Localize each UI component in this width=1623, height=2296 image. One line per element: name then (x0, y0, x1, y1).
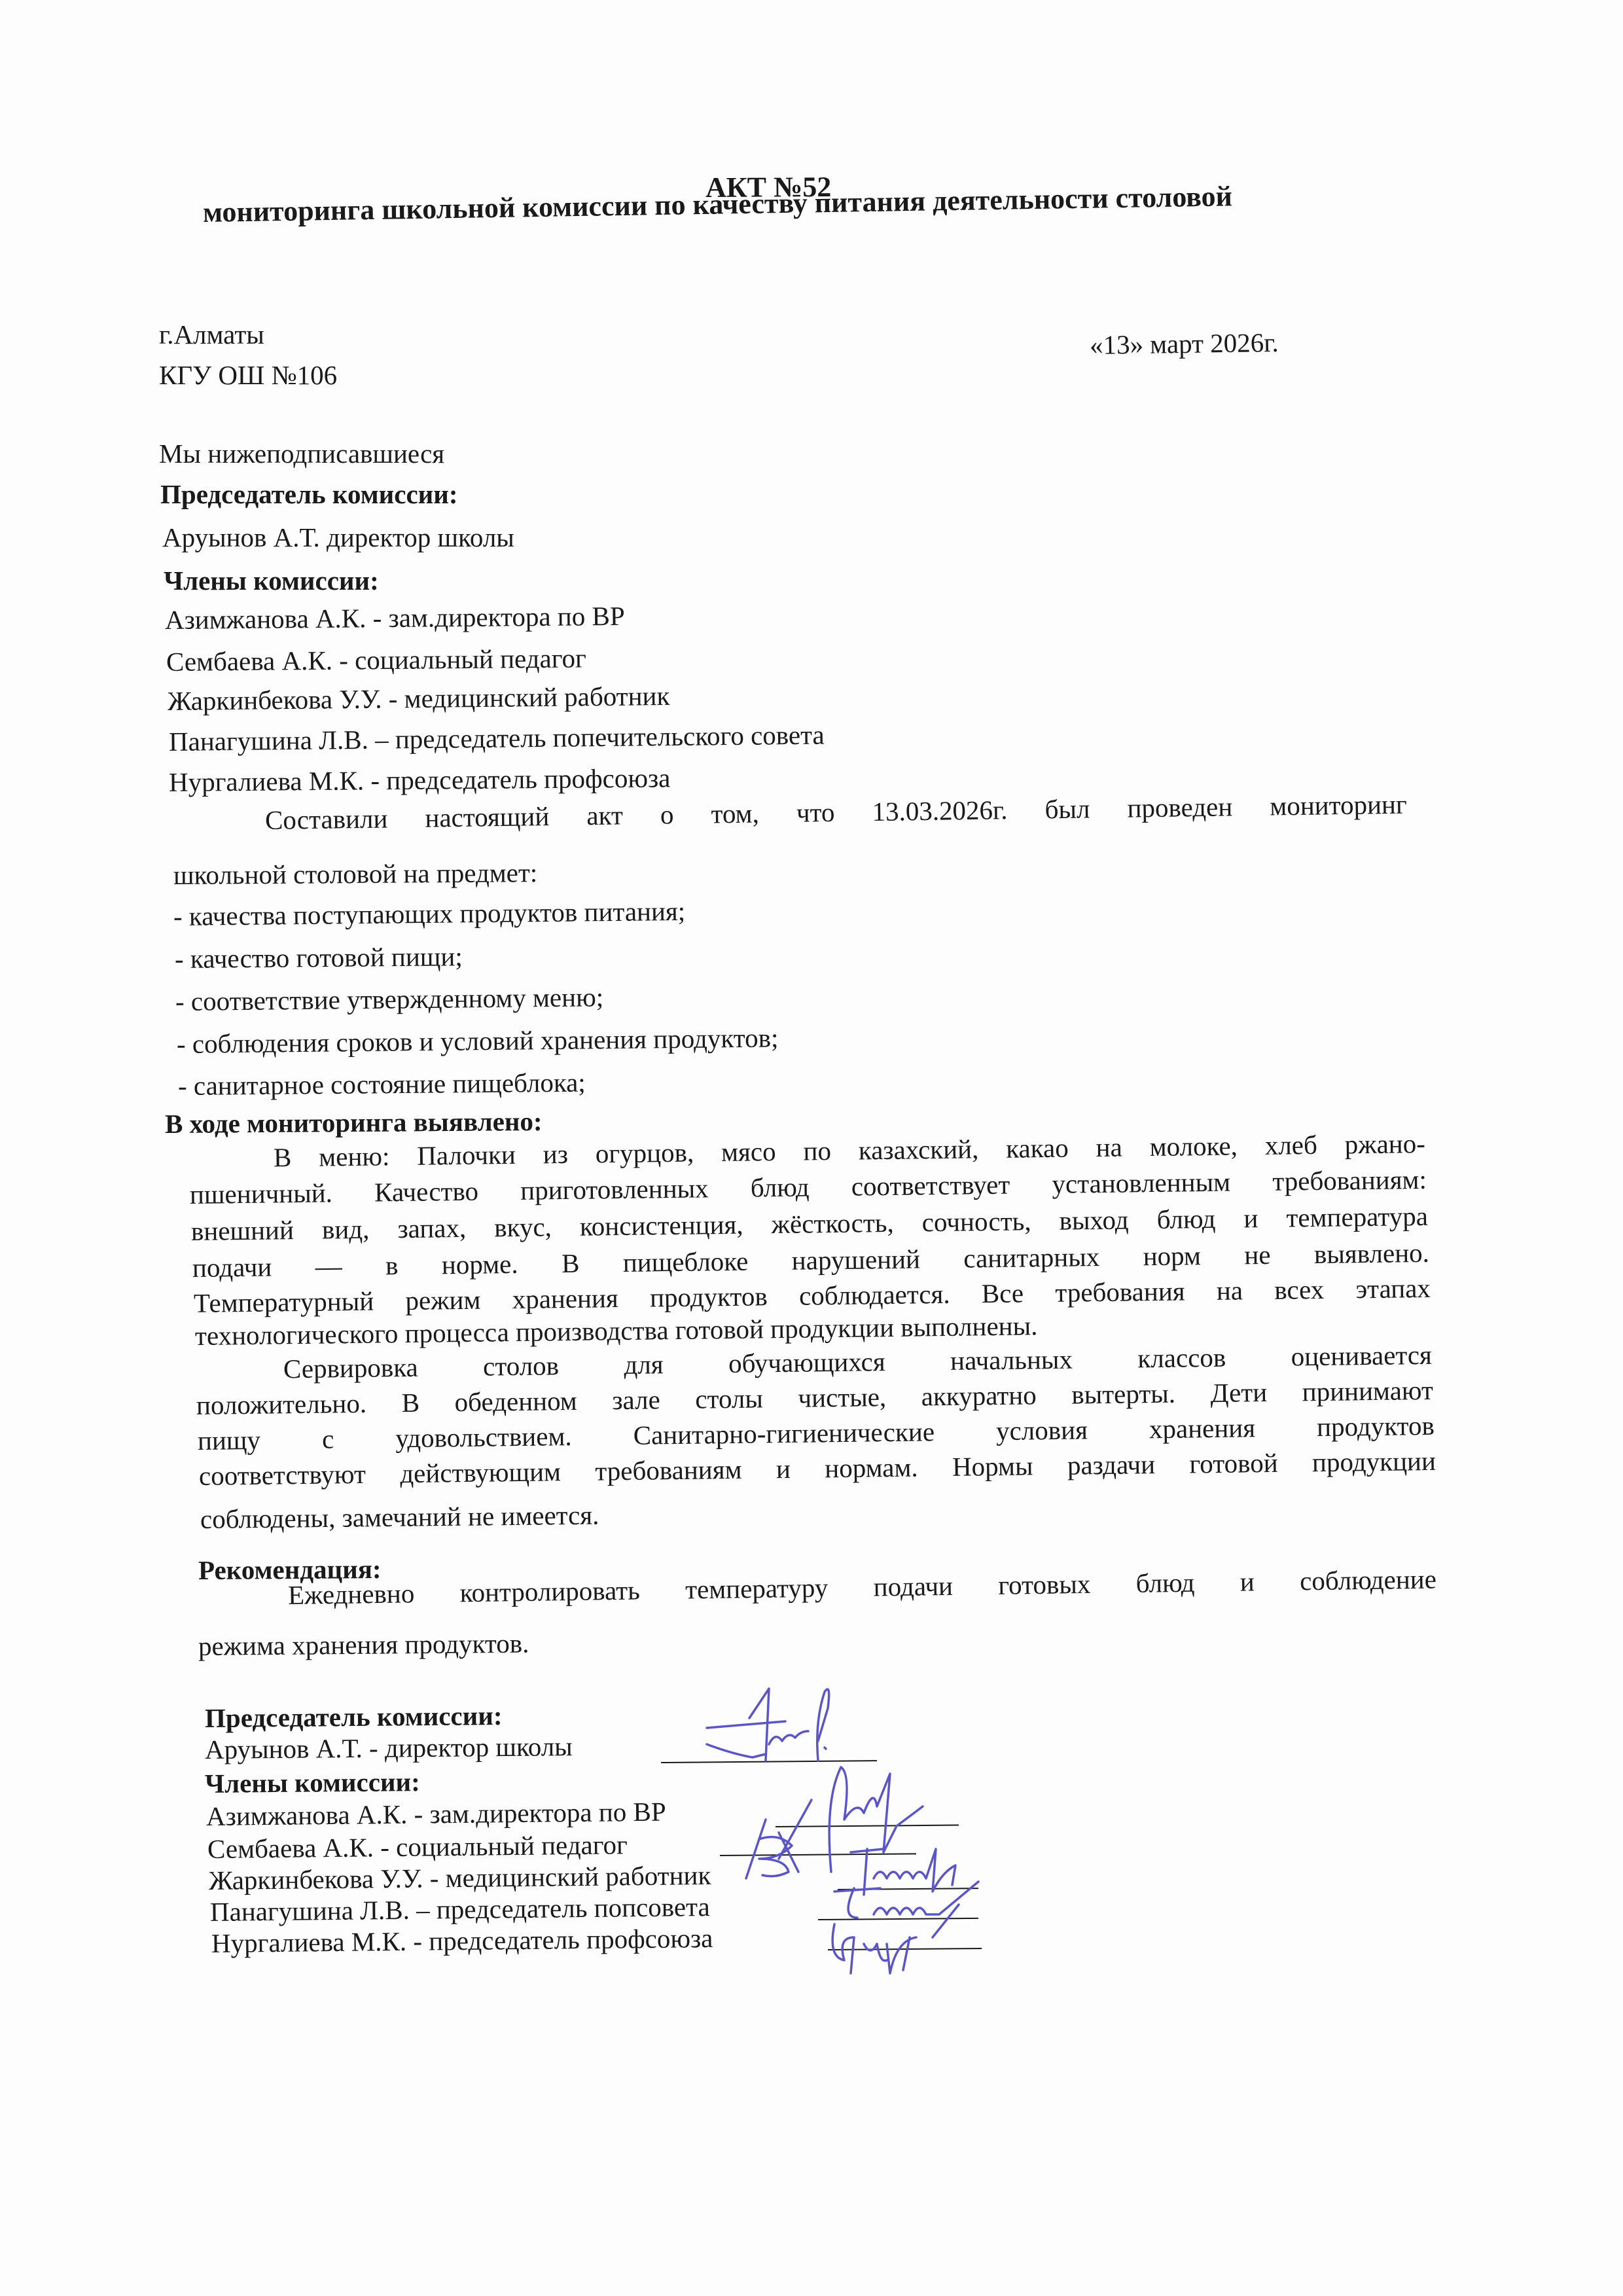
subject-item: - качества поступающих продуктов питания… (173, 895, 686, 933)
word: акт (586, 798, 623, 832)
subject-item: - санитарное состояние пищеблока; (178, 1066, 586, 1102)
sig-member-line: Азимжанова А.К. - зам.директора по ВР (206, 1795, 666, 1833)
word: был (1044, 792, 1090, 825)
findings-line: соблюдены, замечаний не имеется. (200, 1499, 599, 1535)
word: 13.03.2026г. (872, 793, 1008, 828)
city-label: г.Алматы (159, 318, 264, 351)
signature-member-2 (740, 1813, 831, 1888)
word: том, (711, 797, 759, 830)
sig-chair-heading: Председатель комиссии: (205, 1699, 503, 1734)
members-heading: Члены комиссии: (164, 564, 379, 597)
word: настоящий (425, 800, 549, 834)
recommendation-line: режима хранения продуктов. (198, 1627, 529, 1662)
member-line: Панагушина Л.В. – председатель попечител… (169, 719, 825, 758)
chair-heading: Председатель комиссии: (160, 478, 458, 511)
member-line: Азимжанова А.К. - зам.директора по ВР (165, 600, 625, 636)
document-date: «13» март 2026г. (1090, 326, 1279, 361)
word: что (796, 796, 835, 829)
sig-member-line: Нургалиева М.К. - председатель профсоюза (211, 1922, 713, 1960)
organization-label: КГУ ОШ №106 (159, 359, 337, 391)
chair-line: Аруынов А.Т. директор школы (162, 521, 514, 554)
document-page: АКТ №52 мониторинга школьной комиссии по… (0, 0, 1623, 2296)
member-line: Нургалиева М.К. - председатель профсоюза (169, 761, 671, 798)
signature-member-5 (825, 1911, 955, 1980)
findings-heading: В ходе мониторинга выявлено: (165, 1105, 543, 1140)
word: о (660, 798, 674, 831)
subject-item: - соблюдения сроков и условий хранения п… (177, 1021, 779, 1060)
statement-line-2: школьной столовой на предмет: (173, 856, 538, 891)
member-line: Сембаева А.К. - социальный педагог (166, 641, 586, 678)
member-line: Жаркинбекова У.У. - медицинский работник (168, 679, 670, 717)
subject-item: - соответствие утвержденному меню; (175, 980, 604, 1018)
sig-chair-line: Аруынов А.Т. - директор школы (205, 1730, 573, 1766)
sig-members-heading: Члены комиссии: (205, 1765, 420, 1800)
subject-item: - качество готовой пищи; (175, 940, 463, 975)
word: проведен (1127, 790, 1232, 824)
intro-lead: Мы нижеподписавшиеся (159, 437, 444, 470)
recommendation-line: Ежедневно контролировать температуру под… (288, 1562, 1437, 1611)
word: мониторинг (1270, 788, 1407, 823)
word: Составили (265, 802, 388, 836)
